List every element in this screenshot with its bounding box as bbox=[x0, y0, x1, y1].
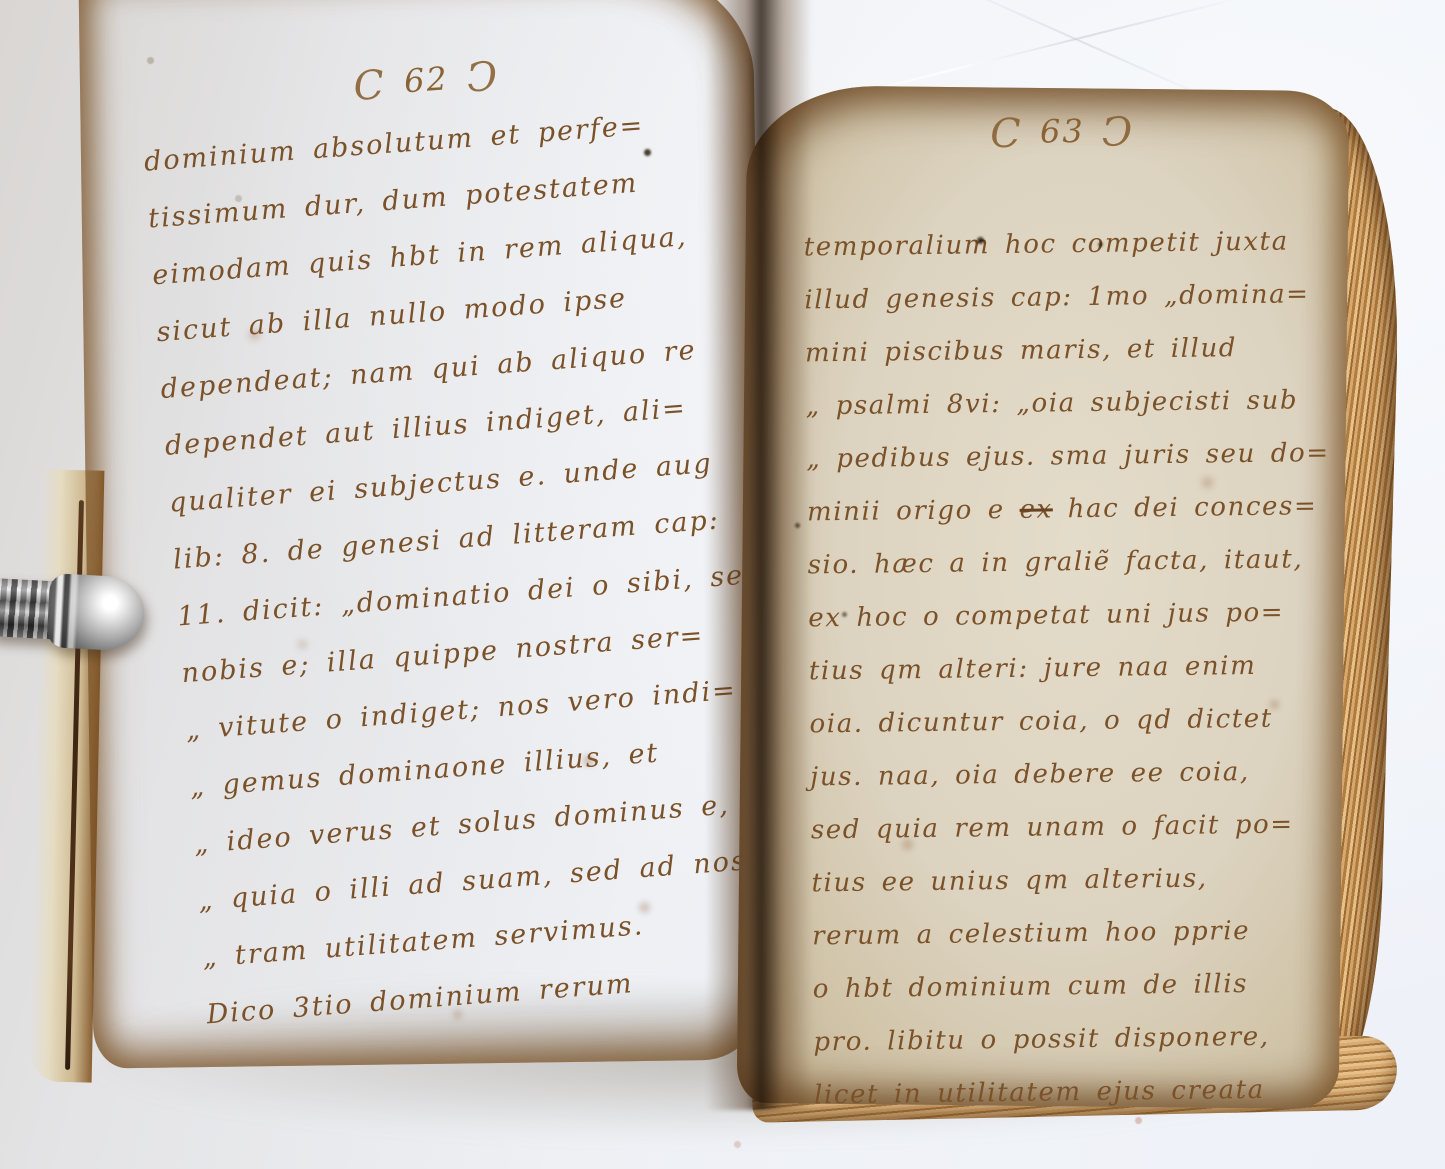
manuscript-line: oia. dicuntur coia, o qd dictet bbox=[809, 692, 1330, 751]
foxing-spots bbox=[0, 0, 5, 5]
manuscript-line: tius qm alteri: jure naa enim bbox=[809, 639, 1330, 698]
clasp-tip bbox=[46, 573, 146, 652]
manuscript-line: „ psalmi 8vi: „oia subjecisti sub bbox=[805, 374, 1326, 433]
manuscript-line: tius ee unius qm alterius, bbox=[811, 851, 1332, 910]
right-page-text: C 63 Ↄ temporalium hoc competit juxtaill… bbox=[802, 105, 1334, 1122]
manuscript-line: sed quia rem unam o facit po= bbox=[811, 798, 1332, 857]
manuscript-line: sio. hæc a in graliẽ facta, itaut, bbox=[807, 533, 1328, 592]
manuscript-line: minii origo e ex hac dei conces= bbox=[807, 480, 1328, 539]
left-page-lines: dominium absolutum et perfe=tissimum dur… bbox=[142, 92, 782, 1044]
manuscript-line: pro. libitu o possit disponere, bbox=[813, 1010, 1334, 1069]
manuscript-line: ex hoc o competat uni jus po= bbox=[808, 586, 1329, 645]
left-page-text: C 62 Ↄ dominium absolutum et perfe=tissi… bbox=[138, 36, 782, 1044]
manuscript-line: jus. naa, oia debere ee coia, bbox=[810, 745, 1331, 804]
page-number: 62 bbox=[403, 59, 450, 100]
header-flourish: Ↄ bbox=[465, 54, 501, 102]
header-flourish: Ↄ bbox=[1102, 109, 1135, 155]
manuscript-line: temporalium hoc competit juxta bbox=[803, 215, 1324, 274]
header-flourish: C bbox=[352, 62, 388, 110]
page-number: 63 bbox=[1040, 112, 1085, 151]
manuscript-line: licet in utilitatem ejus creata bbox=[814, 1063, 1335, 1122]
manuscript-line: illud genesis cap: 1mo „domina= bbox=[804, 268, 1325, 327]
manuscript-line: rerum a celestium hoo pprie bbox=[812, 904, 1333, 963]
left-page: C 62 Ↄ dominium absolutum et perfe=tissi… bbox=[78, 0, 767, 1069]
right-page: C 63 Ↄ temporalium hoc competit juxtaill… bbox=[737, 85, 1350, 1109]
silver-clasp bbox=[0, 562, 147, 672]
manuscript-line: o hbt dominium cum de illis bbox=[812, 957, 1333, 1016]
photo-of-open-manuscript: C 62 Ↄ dominium absolutum et perfe=tissi… bbox=[0, 0, 1445, 1169]
right-page-header: C 63 Ↄ bbox=[802, 105, 1323, 157]
header-flourish: C bbox=[990, 111, 1023, 157]
right-page-lines: temporalium hoc competit juxtaillud gene… bbox=[803, 215, 1334, 1122]
manuscript-line: „ pedibus ejus. sma juris seu do= bbox=[806, 427, 1327, 486]
manuscript-line: mini piscibus maris, et illud bbox=[805, 321, 1326, 380]
